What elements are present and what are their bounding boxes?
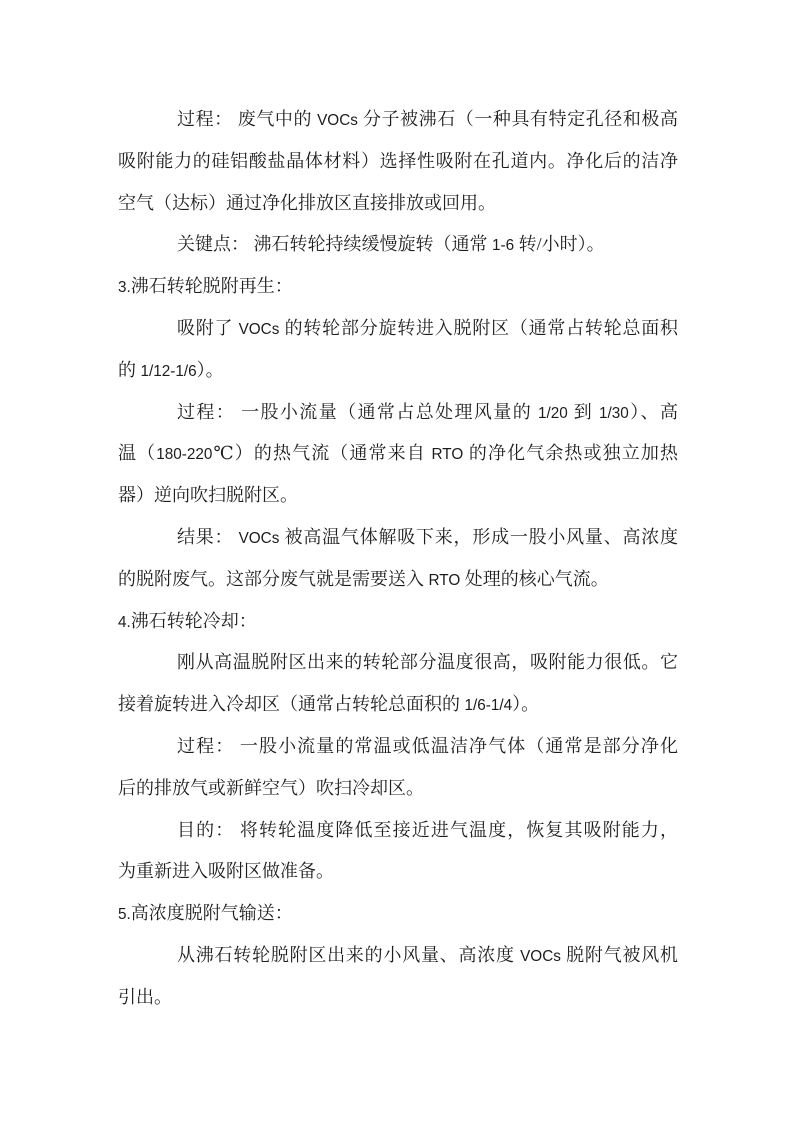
- heading-line: 4.沸石转轮冷却：: [118, 601, 678, 643]
- document-text-block: 过程： 废气中的 VOCs 分子被沸石（一种具有特定孔径和极高吸附能力的硅铝酸盐…: [118, 99, 678, 1019]
- body-text-line: 空气（达标）通过净化排放区直接排放或回用。: [118, 183, 678, 225]
- body-text-line: 引出。: [118, 977, 678, 1019]
- latin-run: 1/20: [538, 405, 568, 422]
- latin-run: 3.: [118, 279, 131, 296]
- body-text-line: 后的排放气或新鲜空气）吹扫冷却区。: [118, 768, 678, 810]
- latin-run: RTO: [429, 572, 461, 589]
- body-text-line: 吸附了 VOCs 的转轮部分旋转进入脱附区（通常占转轮总面积: [118, 308, 678, 350]
- latin-run: 1-6: [492, 237, 514, 254]
- body-text-line: 过程： 废气中的 VOCs 分子被沸石（一种具有特定孔径和极高: [118, 99, 678, 141]
- body-text-line: 的脱附废气。这部分废气就是需要送入 RTO 处理的核心气流。: [118, 559, 678, 601]
- body-text-line: 为重新进入吸附区做准备。: [118, 851, 678, 893]
- latin-run: VOCs: [239, 321, 280, 338]
- latin-run: RTO: [432, 446, 464, 463]
- latin-run: 1/6-1/4: [465, 697, 513, 714]
- body-text-line: 关键点： 沸石转轮持续缓慢旋转（通常 1-6 转/小时）。: [118, 224, 678, 266]
- latin-run: 5.: [118, 906, 131, 923]
- body-text-line: 结果： VOCs 被高温气体解吸下来，形成一股小风量、高浓度: [118, 517, 678, 559]
- document-page: 过程： 废气中的 VOCs 分子被沸石（一种具有特定孔径和极高吸附能力的硅铝酸盐…: [0, 0, 800, 1131]
- body-text-line: 从沸石转轮脱附区出来的小风量、高浓度 VOCs 脱附气被风机: [118, 935, 678, 977]
- latin-run: VOCs: [317, 112, 358, 129]
- body-text-line: 器）逆向吹扫脱附区。: [118, 475, 678, 517]
- latin-run: 1/12-1/6: [141, 363, 197, 380]
- body-text-line: 刚从高温脱附区出来的转轮部分温度很高，吸附能力很低。它: [118, 642, 678, 684]
- latin-run: 1/30: [599, 405, 629, 422]
- body-text-line: 接着旋转进入冷却区（通常占转轮总面积的 1/6-1/4）。: [118, 684, 678, 726]
- body-text-line: 的 1/12-1/6）。: [118, 350, 678, 392]
- heading-line: 3.沸石转轮脱附再生：: [118, 266, 678, 308]
- latin-run: 4.: [118, 614, 131, 631]
- body-text-line: 温（180-220℃）的热气流（通常来自 RTO 的净化气余热或独立加热: [118, 433, 678, 475]
- body-text-line: 过程： 一股小流量（通常占总处理风量的 1/20 到 1/30）、高: [118, 392, 678, 434]
- body-text-line: 过程： 一股小流量的常温或低温洁净气体（通常是部分净化: [118, 726, 678, 768]
- body-text-line: 目的： 将转轮温度降低至接近进气温度，恢复其吸附能力，: [118, 810, 678, 852]
- latin-run: 180-220: [156, 446, 212, 463]
- heading-line: 5.高浓度脱附气输送：: [118, 893, 678, 935]
- body-text-line: 吸附能力的硅铝酸盐晶体材料）选择性吸附在孔道内。净化后的洁净: [118, 141, 678, 183]
- latin-run: VOCs: [239, 530, 280, 547]
- latin-run: VOCs: [520, 948, 561, 965]
